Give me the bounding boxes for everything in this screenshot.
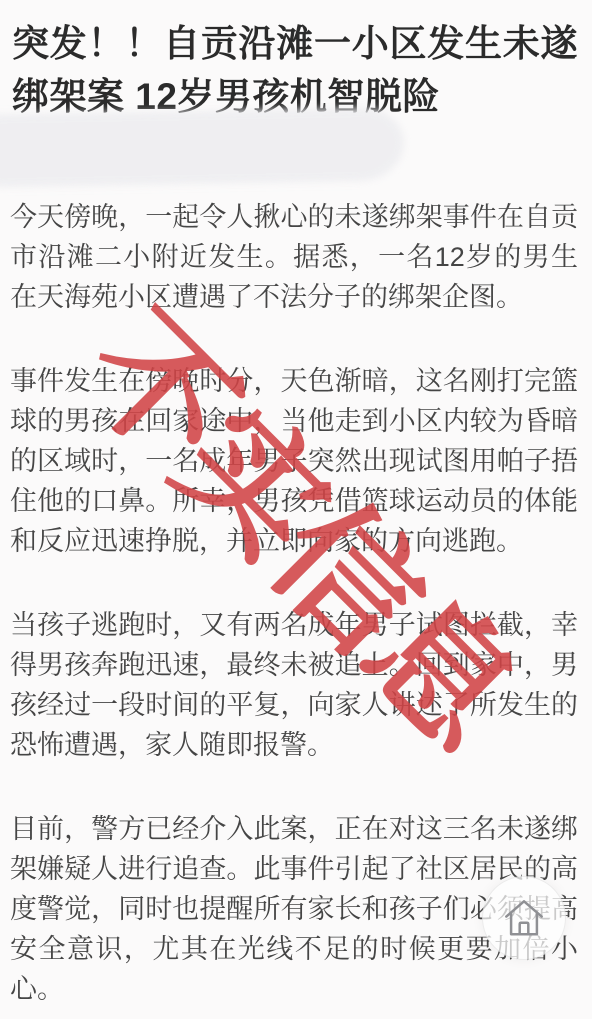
home-button[interactable] [482,876,566,960]
article-paragraph: 事件发生在傍晚时分，天色渐暗，这名刚打完篮球的男孩在回家途中，当他走到小区内较为… [10,361,578,561]
article-page: 突发！！自贡沿滩一小区发生未遂绑架案 12岁男孩机智脱险 今天傍晚，一起令人揪心… [0,0,592,1019]
home-icon [501,896,547,940]
article-paragraph: 今天傍晚，一起令人揪心的未遂绑架事件在自贡市沿滩二小附近发生。据悉，一名12岁的… [10,197,578,317]
article-title: 突发！！自贡沿滩一小区发生未遂绑架案 12岁男孩机智脱险 [12,17,578,123]
article-body: 今天傍晚，一起令人揪心的未遂绑架事件在自贡市沿滩二小附近发生。据悉，一名12岁的… [10,123,578,1009]
article-paragraph: 当孩子逃跑时，又有两名成年男子试图拦截，幸得男孩奔跑迅速，最终未被追上。回到家中… [10,605,578,765]
